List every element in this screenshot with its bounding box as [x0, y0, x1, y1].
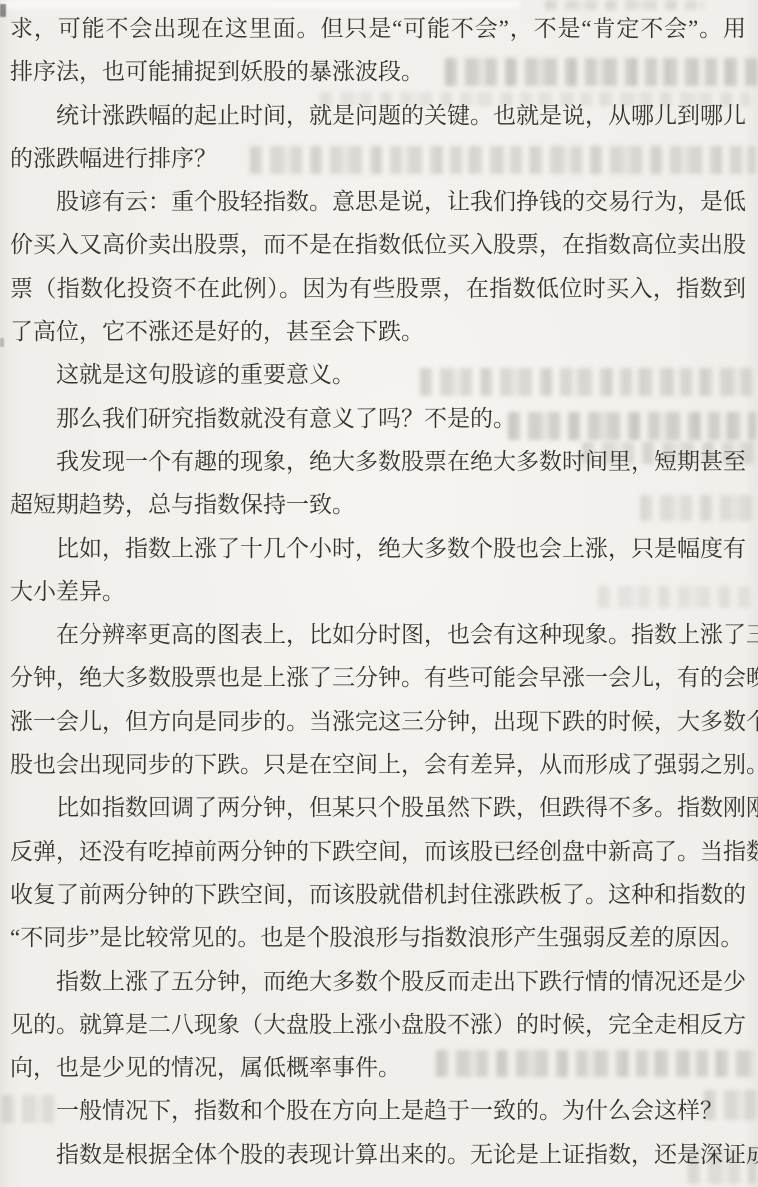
text-line: 比如指数回调了两分钟，但某只个股虽然下跌，但跌得不多。指数刚刚	[10, 786, 746, 829]
text-line: 统计涨跌幅的起止时间，就是问题的关键。也就是说，从哪儿到哪儿	[10, 94, 746, 137]
text-line: 票（指数化投资不在此例）。因为有些股票，在指数低位时买入，指数到	[10, 267, 746, 310]
text-line: 分钟，绝大多数股票也是上涨了三分钟。有些可能会早涨一会儿，有的会晚	[10, 656, 746, 699]
text-line: 涨一会儿，但方向是同步的。当涨完这三分钟，出现下跌的时候，大多数个	[10, 700, 746, 743]
text-column: 求，可能不会出现在这里面。但只是“可能不会”，不是“肯定不会”。用排序法，也可能…	[10, 7, 746, 1176]
text-line: “不同步”是比较常见的。也是个股浪形与指数浪形产生强弱反差的原因。	[10, 916, 746, 959]
text-line: 见的。就算是二八现象（大盘股上涨小盘股不涨）的时候，完全走相反方	[10, 1003, 746, 1046]
text-line: 股谚有云：重个股轻指数。意思是说，让我们挣钱的交易行为，是低	[10, 180, 746, 223]
text-line: 了高位，它不涨还是好的，甚至会下跌。	[10, 310, 746, 353]
text-line: 排序法，也可能捕捉到妖股的暴涨波段。	[10, 50, 746, 93]
text-line: 向，也是少见的情况，属低概率事件。	[10, 1046, 746, 1089]
text-line: 指数上涨了五分钟，而绝大多数个股反而走出下跌行情的情况还是少	[10, 960, 746, 1003]
text-line: 的涨跌幅进行排序？	[10, 137, 746, 180]
text-line: 求，可能不会出现在这里面。但只是“可能不会”，不是“肯定不会”。用	[10, 7, 746, 50]
scan-speck	[0, 4, 6, 17]
text-line: 这就是这句股谚的重要意义。	[10, 353, 746, 396]
scan-speck	[0, 338, 4, 347]
text-line: 收复了前两分钟的下跌空间，而该股就借机封住涨跌板了。这种和指数的	[10, 873, 746, 916]
text-line: 在分辨率更高的图表上，比如分时图，也会有这种现象。指数上涨了三	[10, 613, 746, 656]
text-line: 价买入又高价卖出股票，而不是在指数低位买入股票，在指数高位卖出股	[10, 223, 746, 266]
text-line: 超短期趋势，总与指数保持一致。	[10, 483, 746, 526]
text-line: 指数是根据全体个股的表现计算出来的。无论是上证指数，还是深证成	[10, 1133, 746, 1176]
text-line: 一般情况下，指数和个股在方向上是趋于一致的。为什么会这样？	[10, 1089, 746, 1132]
text-line: 反弹，还没有吃掉前两分钟的下跌空间，而该股已经创盘中新高了。当指数	[10, 830, 746, 873]
text-line: 比如，指数上涨了十几个小时，绝大多数个股也会上涨，只是幅度有	[10, 527, 746, 570]
text-line: 那么我们研究指数就没有意义了吗？不是的。	[10, 397, 746, 440]
text-line: 股也会出现同步的下跌。只是在空间上，会有差异，从而形成了强弱之别。	[10, 743, 746, 786]
book-page: 求，可能不会出现在这里面。但只是“可能不会”，不是“肯定不会”。用排序法，也可能…	[0, 0, 758, 1187]
text-line: 我发现一个有趣的现象，绝大多数股票在绝大多数时间里，短期甚至	[10, 440, 746, 483]
text-line: 大小差异。	[10, 570, 746, 613]
